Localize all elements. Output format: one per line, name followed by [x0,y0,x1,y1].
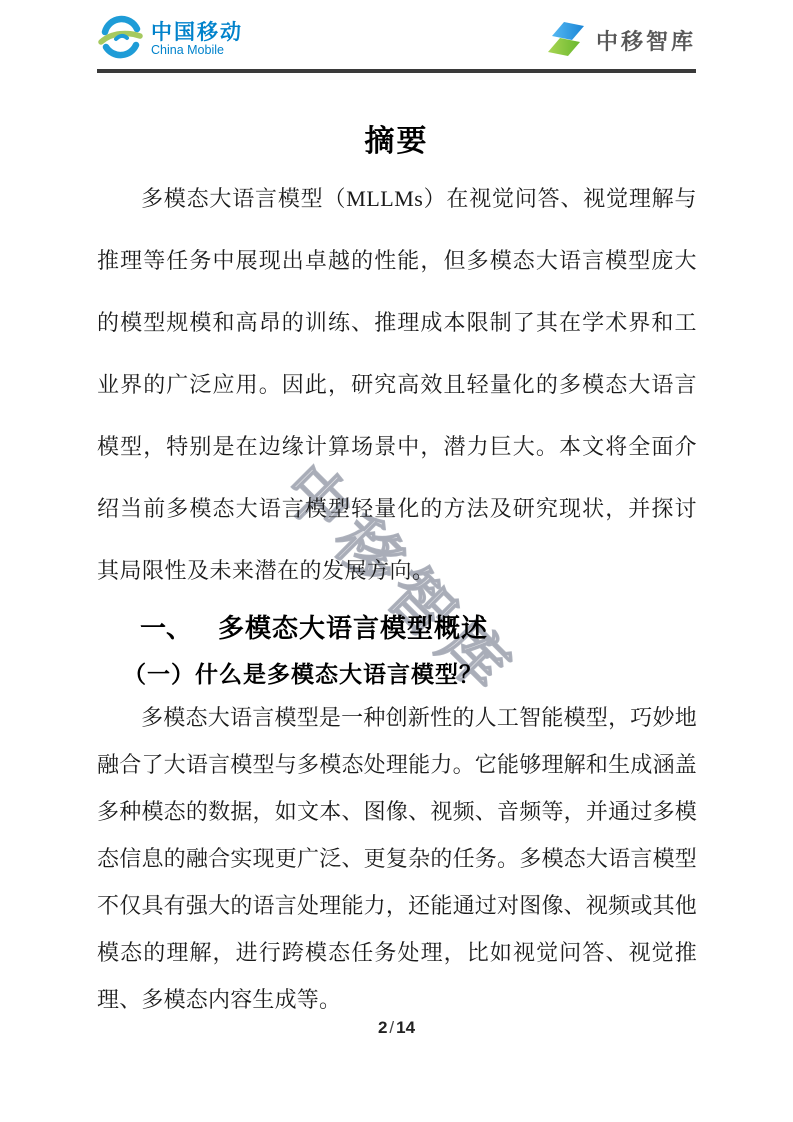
zhiku-logo: 中移智库 [544,16,696,65]
page-number: 2/14 [0,1018,793,1038]
section-heading: 一、多模态大语言模型概述 [140,608,488,645]
page-number-current: 2 [378,1018,387,1037]
dual-parallelogram-icon [544,16,588,65]
header-rule [97,69,696,73]
document-page: 中国移动 China Mobile [0,0,793,1122]
page-header: 中国移动 China Mobile [97,14,696,66]
zhiku-name-label: 中移智库 [596,25,696,56]
china-mobile-en-label: China Mobile [151,44,243,57]
subsection-heading: （一）什么是多模态大语言模型？ [123,656,483,689]
section-title: 多模态大语言模型概述 [218,613,488,643]
china-mobile-globe-swirl-icon [97,15,143,66]
china-mobile-cn-label: 中国移动 [151,22,243,44]
abstract-paragraph: 多模态大语言模型（MLLMs）在视觉问答、视觉理解与推理等任务中展现出卓越的性能… [97,168,697,602]
china-mobile-logo: 中国移动 China Mobile [97,15,243,66]
body-paragraph: 多模态大语言模型是一种创新性的人工智能模型，巧妙地融合了大语言模型与多模态处理能… [97,694,697,1023]
page-number-total: 14 [396,1018,415,1037]
section-numeral: 一、 [140,613,192,643]
page-number-separator: / [387,1018,396,1037]
page-title: 摘要 [0,116,793,160]
